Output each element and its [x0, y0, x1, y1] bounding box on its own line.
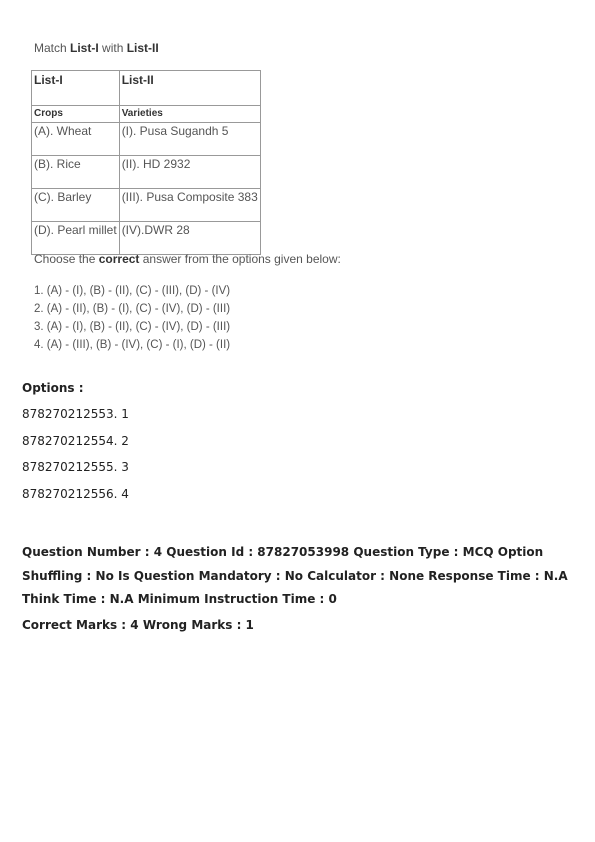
prompt-prefix: Match	[34, 41, 70, 55]
table-cell: (II). HD 2932	[119, 156, 260, 189]
question-prompt: Match List-I with List-II	[34, 41, 159, 55]
table-subheader-row: Crops Varieties	[32, 106, 261, 123]
table-cell: (I). Pusa Sugandh 5	[119, 123, 260, 156]
option-item: 878270212553. 1	[22, 407, 129, 421]
table-header-cell: List-I	[32, 71, 120, 106]
table-cell: (IV).DWR 28	[119, 222, 260, 255]
question-info: Question Number : 4 Question Id : 878270…	[22, 541, 582, 612]
instruction-prefix: Choose the	[34, 252, 99, 266]
table-cell: (B). Rice	[32, 156, 120, 189]
answer-item: 4. (A) - (III), (B) - (IV), (C) - (I), (…	[34, 336, 230, 354]
table-cell: (C). Barley	[32, 189, 120, 222]
marks-info: Correct Marks : 4 Wrong Marks : 1	[22, 618, 254, 632]
table-row: (A). Wheat (I). Pusa Sugandh 5	[32, 123, 261, 156]
answer-item: 2. (A) - (II), (B) - (I), (C) - (IV), (D…	[34, 300, 230, 318]
answer-list: 1. (A) - (I), (B) - (II), (C) - (III), (…	[34, 282, 230, 354]
options-heading: Options :	[22, 381, 84, 395]
table-cell: (D). Pearl millet	[32, 222, 120, 255]
table-subheader-cell: Varieties	[119, 106, 260, 123]
table-subheader-cell: Crops	[32, 106, 120, 123]
instruction-text: Choose the correct answer from the optio…	[34, 252, 341, 266]
answer-item: 1. (A) - (I), (B) - (II), (C) - (III), (…	[34, 282, 230, 300]
option-item: 878270212556. 4	[22, 487, 129, 501]
option-item: 878270212555. 3	[22, 460, 129, 474]
table-cell: (A). Wheat	[32, 123, 120, 156]
prompt-mid: with	[99, 41, 127, 55]
prompt-list2: List-II	[127, 41, 159, 55]
prompt-list1: List-I	[70, 41, 99, 55]
instruction-bold: correct	[99, 252, 140, 266]
table-cell: (III). Pusa Composite 383	[119, 189, 260, 222]
answer-item: 3. (A) - (I), (B) - (II), (C) - (IV), (D…	[34, 318, 230, 336]
table-row: (B). Rice (II). HD 2932	[32, 156, 261, 189]
table-header-row: List-I List-II	[32, 71, 261, 106]
table-row: (D). Pearl millet (IV).DWR 28	[32, 222, 261, 255]
match-table: List-I List-II Crops Varieties (A). Whea…	[31, 70, 261, 255]
table-row: (C). Barley (III). Pusa Composite 383	[32, 189, 261, 222]
instruction-suffix: answer from the options given below:	[139, 252, 340, 266]
option-item: 878270212554. 2	[22, 434, 129, 448]
table-header-cell: List-II	[119, 71, 260, 106]
